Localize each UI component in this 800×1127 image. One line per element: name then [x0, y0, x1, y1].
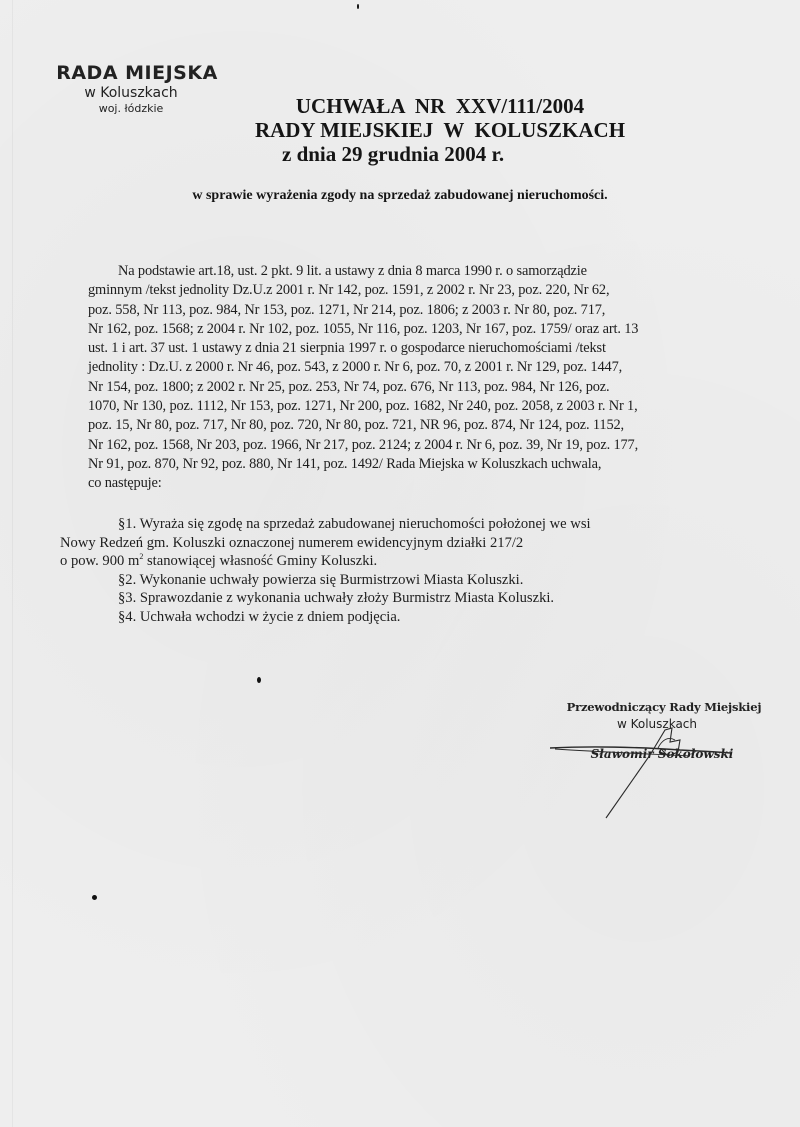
preamble-line: Nr 162, poz. 1568; z 2004 r. Nr 102, poz… [88, 320, 768, 339]
paragraph-3: §3. Sprawozdanie z wykonania uchwały zło… [60, 589, 760, 608]
scan-speck [357, 4, 359, 9]
area-text: o pow. 900 m [60, 553, 139, 569]
resolution-subject: w sprawie wyrażenia zgody na sprzedaż za… [100, 188, 700, 204]
title-date: z dnia 29 grudnia 2004 r. [230, 142, 650, 166]
preamble-line: Na podstawie art.18, ust. 2 pkt. 9 lit. … [88, 262, 768, 281]
paragraph-1-line-1: §1. Wyraża się zgodę na sprzedaż zabudow… [60, 515, 760, 534]
stamp-line-2: w Koluszkach [10, 84, 252, 102]
preamble-line: co następuje: [88, 474, 768, 493]
stamp-line-1: RADA MIEJSKA [22, 62, 252, 84]
signatory-place: w Koluszkach [546, 717, 768, 731]
preamble-line: poz. 15, Nr 80, poz. 717, Nr 80, poz. 72… [88, 416, 768, 435]
scan-speck [257, 677, 261, 683]
resolution-title: UCHWAŁA NR XXV/111/2004 RADY MIEJSKIEJ W… [230, 94, 650, 166]
preamble-line: ust. 1 i art. 37 ust. 1 ustawy z dnia 21… [88, 339, 768, 358]
title-line-1: UCHWAŁA NR XXV/111/2004 [230, 94, 650, 118]
scanned-document-page: RADA MIEJSKA w Koluszkach woj. łódzkie U… [0, 0, 800, 1127]
paragraph-1-line-2: Nowy Redzeń gm. Koluszki oznaczonej nume… [60, 534, 760, 553]
signatory-role: Przewodniczący Rady Miejskiej [560, 700, 768, 714]
council-stamp: RADA MIEJSKA w Koluszkach woj. łódzkie [52, 62, 252, 116]
preamble-line: poz. 558, Nr 113, poz. 984, Nr 153, poz.… [88, 301, 768, 320]
preamble-line: Nr 162, poz. 1568, Nr 203, poz. 1966, Nr… [88, 436, 768, 455]
preamble-line: 1070, Nr 130, poz. 1112, Nr 153, poz. 12… [88, 397, 768, 416]
signatory-name: Sławomir Sokołowski [556, 747, 768, 761]
paragraph-2: §2. Wykonanie uchwały powierza się Burmi… [60, 571, 760, 590]
scan-speck [92, 895, 97, 900]
preamble-line: gminnym /tekst jednolity Dz.U.z 2001 r. … [88, 281, 768, 300]
paragraph-1-line-3: o pow. 900 m2 stanowiącej własność Gminy… [60, 552, 760, 571]
signature-block: Przewodniczący Rady Miejskiej w Koluszka… [548, 700, 768, 761]
ownership-text: stanowiącej własność Gminy Koluszki. [143, 553, 377, 569]
preamble-line: Nr 91, poz. 870, Nr 92, poz. 880, Nr 141… [88, 455, 768, 474]
stamp-line-3: woj. łódzkie [10, 102, 252, 116]
preamble-line: Nr 154, poz. 1800; z 2002 r. Nr 25, poz.… [88, 378, 768, 397]
legal-basis-preamble: Na podstawie art.18, ust. 2 pkt. 9 lit. … [88, 262, 768, 494]
paragraph-4: §4. Uchwała wchodzi w życie z dniem podj… [60, 608, 760, 627]
title-line-2: RADY MIEJSKIEJ W KOLUSZKACH [230, 118, 650, 142]
preamble-line: jednolity : Dz.U. z 2000 r. Nr 46, poz. … [88, 358, 768, 377]
resolution-paragraphs: §1. Wyraża się zgodę na sprzedaż zabudow… [60, 515, 760, 626]
scan-edge-artifact [12, 0, 13, 1127]
